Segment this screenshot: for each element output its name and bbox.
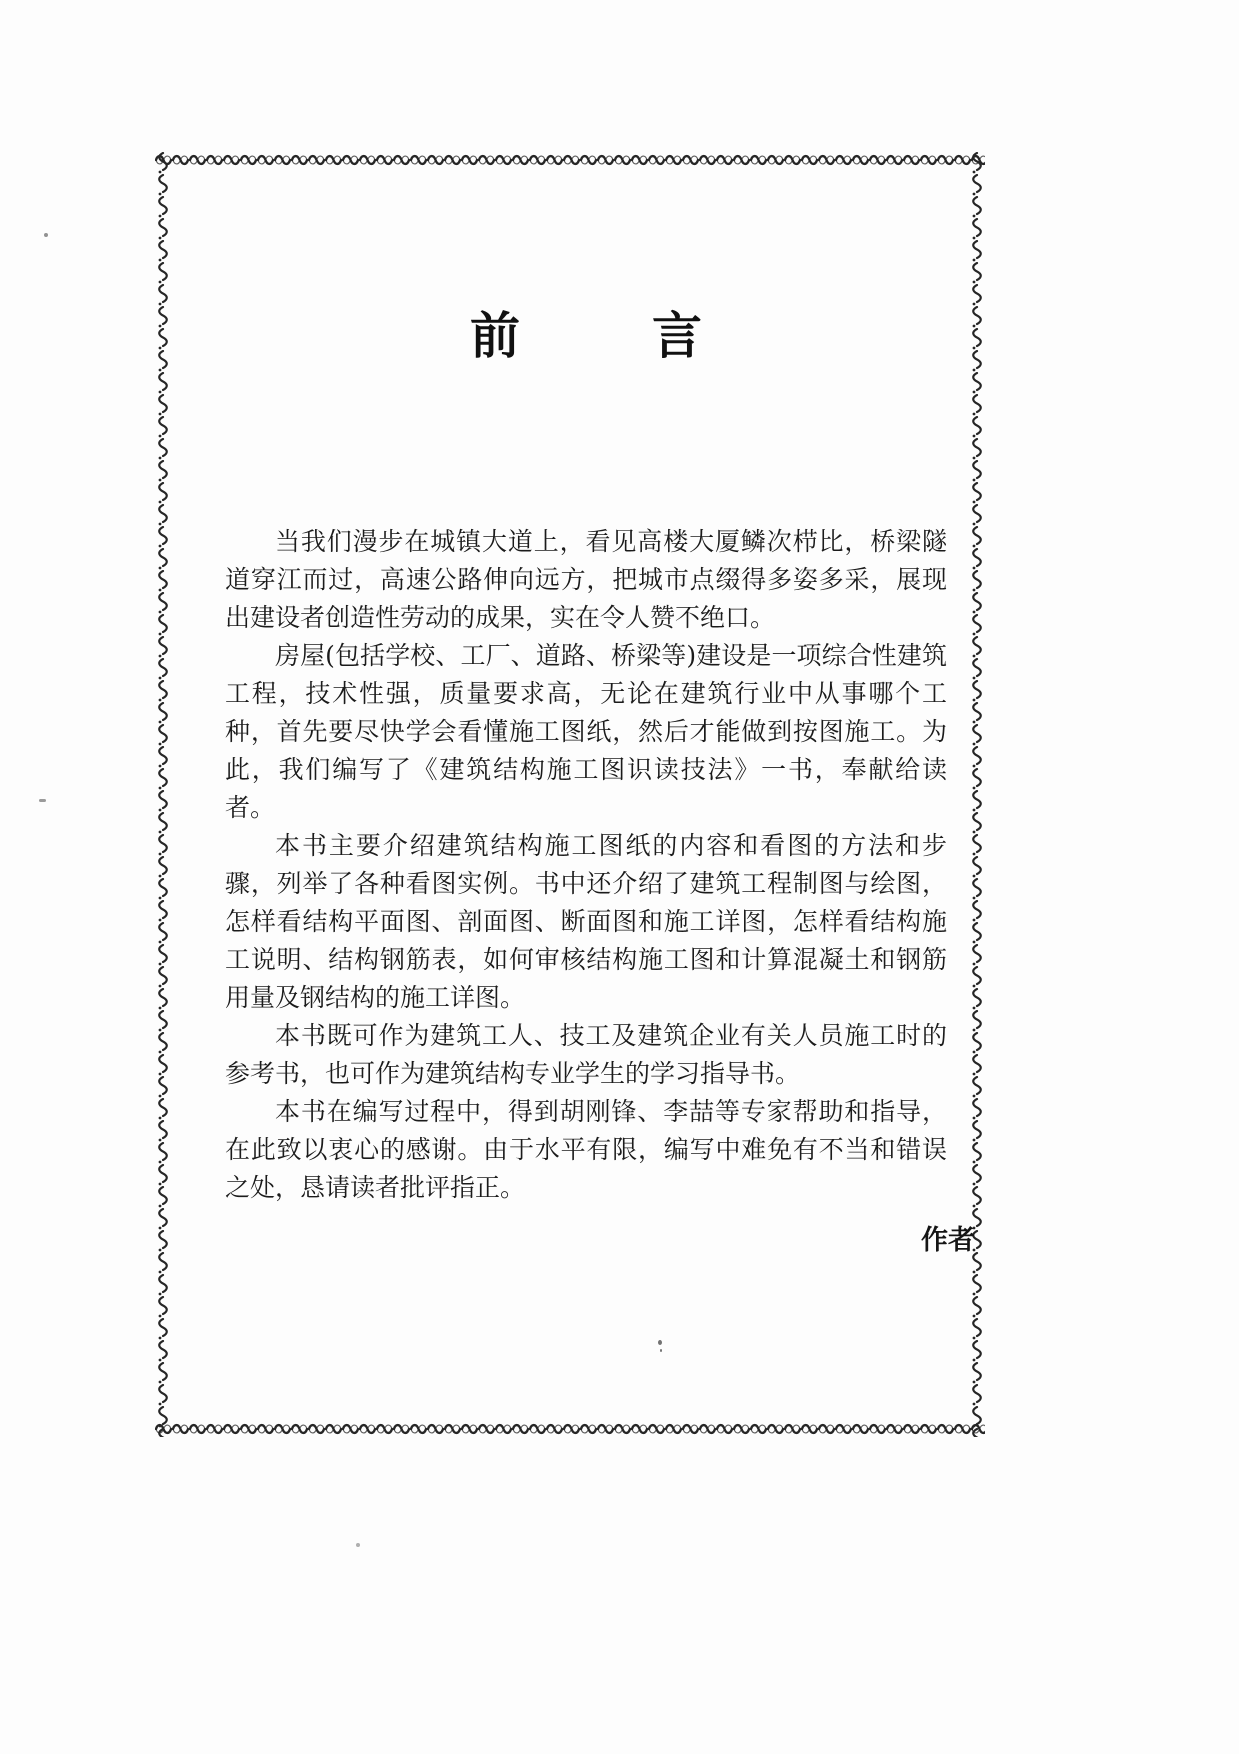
author-signature: 作者: [225, 1218, 975, 1257]
title-char-left: 前: [470, 296, 520, 368]
border-left-ornament: [155, 152, 171, 1437]
scanned-preface-page: 前言 当我们漫步在城镇大道上，看见高楼大厦鳞次栉比，桥梁隧道穿江而过，高速公路伸…: [0, 0, 1239, 1754]
preface-title: 前言: [225, 296, 947, 368]
preface-paragraph-5: 本书在编写过程中，得到胡刚锋、李喆等专家帮助和指导，在此致以衷心的感谢。由于水平…: [225, 1093, 947, 1207]
border-top-ornament: [155, 152, 985, 168]
preface-paragraph-3: 本书主要介绍建筑结构施工图纸的内容和看图的方法和步骤，列举了各种看图实例。书中还…: [225, 827, 947, 1017]
scan-speck: [356, 1543, 360, 1547]
scan-speck: [658, 1340, 662, 1345]
preface-body: 当我们漫步在城镇大道上，看见高楼大厦鳞次栉比，桥梁隧道穿江而过，高速公路伸向远方…: [225, 523, 947, 1207]
preface-paragraph-4: 本书既可作为建筑工人、技工及建筑企业有关人员施工时的参考书，也可作为建筑结构专业…: [225, 1017, 947, 1093]
preface-paragraph-1: 当我们漫步在城镇大道上，看见高楼大厦鳞次栉比，桥梁隧道穿江而过，高速公路伸向远方…: [225, 523, 947, 637]
scan-speck: [44, 233, 48, 237]
title-char-right: 言: [652, 296, 702, 368]
scan-speck: [39, 799, 46, 802]
border-bottom-ornament: [155, 1421, 985, 1437]
preface-paragraph-2: 房屋(包括学校、工厂、道路、桥梁等)建设是一项综合性建筑工程，技术性强，质量要求…: [225, 637, 947, 827]
